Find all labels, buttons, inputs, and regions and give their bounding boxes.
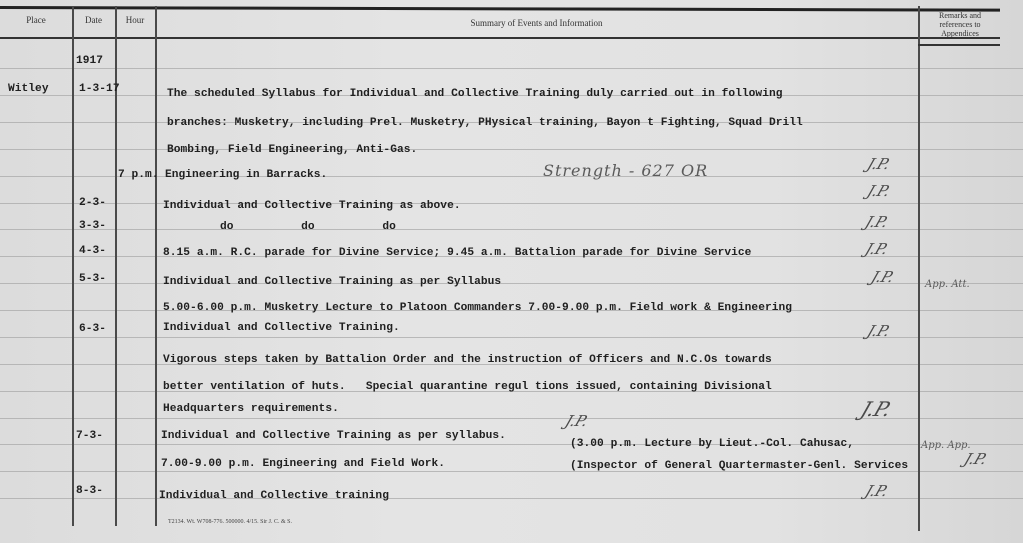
summary-line: 5.00-6.00 p.m. Musketry Lecture to Plato… <box>163 302 792 314</box>
header-remarks-line: Appendices <box>920 29 1000 38</box>
entry-date: 2-3- <box>79 197 106 209</box>
header-remarks-line: Remarks and <box>920 11 1000 20</box>
entry-date: 4-3- <box>79 245 106 257</box>
column-rule-hour-summary <box>155 6 157 526</box>
handwritten-initials: J.P. <box>563 412 591 430</box>
ruled-line <box>0 444 1023 445</box>
header-remarks: Remarks and references to Appendices <box>920 11 1000 38</box>
ruled-line <box>0 68 1023 69</box>
summary-line: Headquarters requirements. <box>163 403 339 415</box>
header-bottom-rule <box>0 37 1000 39</box>
handwritten-initials: J.P. <box>865 182 893 200</box>
entry-date: 1-3-17 <box>79 83 120 95</box>
entry-date: 3-3- <box>79 220 106 232</box>
header-date: Date <box>72 15 115 25</box>
entry-date: 8-3- <box>76 485 103 497</box>
header-hour: Hour <box>115 15 155 25</box>
summary-line: Individual and Collective Training as pe… <box>161 430 506 442</box>
header-summary: Summary of Events and Information <box>155 18 918 28</box>
summary-line: Bombing, Field Engineering, Anti-Gas. <box>167 144 417 156</box>
summary-line: Engineering in Barracks. <box>165 169 327 181</box>
header-remarks-line: references to <box>920 20 1000 29</box>
handwritten-initials: J.P. <box>962 450 990 468</box>
summary-line: The scheduled Syllabus for Individual an… <box>167 88 783 100</box>
summary-line: Individual and Collective Training. <box>163 322 400 334</box>
handwritten-strength-note: Strength - 627 OR <box>543 161 708 180</box>
summary-side-line: (3.00 p.m. Lecture by Lieut.-Col. Cahusa… <box>570 438 854 450</box>
column-rule-summary-remarks <box>918 6 920 531</box>
header-top-rule <box>0 6 1000 12</box>
handwritten-initials: J.P. <box>865 155 893 173</box>
print-footer: T2134. Wt. W708-776. 500000. 4/15. Sir J… <box>168 519 292 525</box>
entry-hour: 7 p.m. <box>118 169 159 181</box>
summary-side-line: (Inspector of General Quartermaster-Genl… <box>570 460 908 472</box>
summary-line: 8.15 a.m. R.C. parade for Divine Service… <box>163 247 751 259</box>
column-rule-place-date <box>72 6 74 526</box>
remark-appendix: App. App. <box>921 440 971 451</box>
war-diary-page: Place Date Hour Summary of Events and In… <box>0 0 1023 543</box>
summary-line: do do do <box>220 221 396 233</box>
summary-line: Individual and Collective Training as pe… <box>163 276 501 288</box>
ruled-line <box>0 203 1023 204</box>
header-place: Place <box>0 15 72 25</box>
remarks-header-rule <box>918 44 1000 46</box>
summary-line: branches: Musketry, including Prel. Musk… <box>167 117 803 129</box>
ruled-line <box>0 149 1023 150</box>
summary-line: Individual and Collective Training as ab… <box>163 200 461 212</box>
year: 1917 <box>76 55 103 67</box>
place: Witley <box>8 83 49 95</box>
summary-line: Individual and Collective training <box>159 490 389 502</box>
entry-date: 5-3- <box>79 273 106 285</box>
entry-date: 7-3- <box>76 430 103 442</box>
remark-appendix-attached: App. Att. <box>925 279 970 290</box>
summary-line: 7.00-9.00 p.m. Engineering and Field Wor… <box>161 458 445 470</box>
entry-date: 6-3- <box>79 323 106 335</box>
summary-line: Vigorous steps taken by Battalion Order … <box>163 354 772 366</box>
summary-line: better ventilation of huts. Special quar… <box>163 381 772 393</box>
